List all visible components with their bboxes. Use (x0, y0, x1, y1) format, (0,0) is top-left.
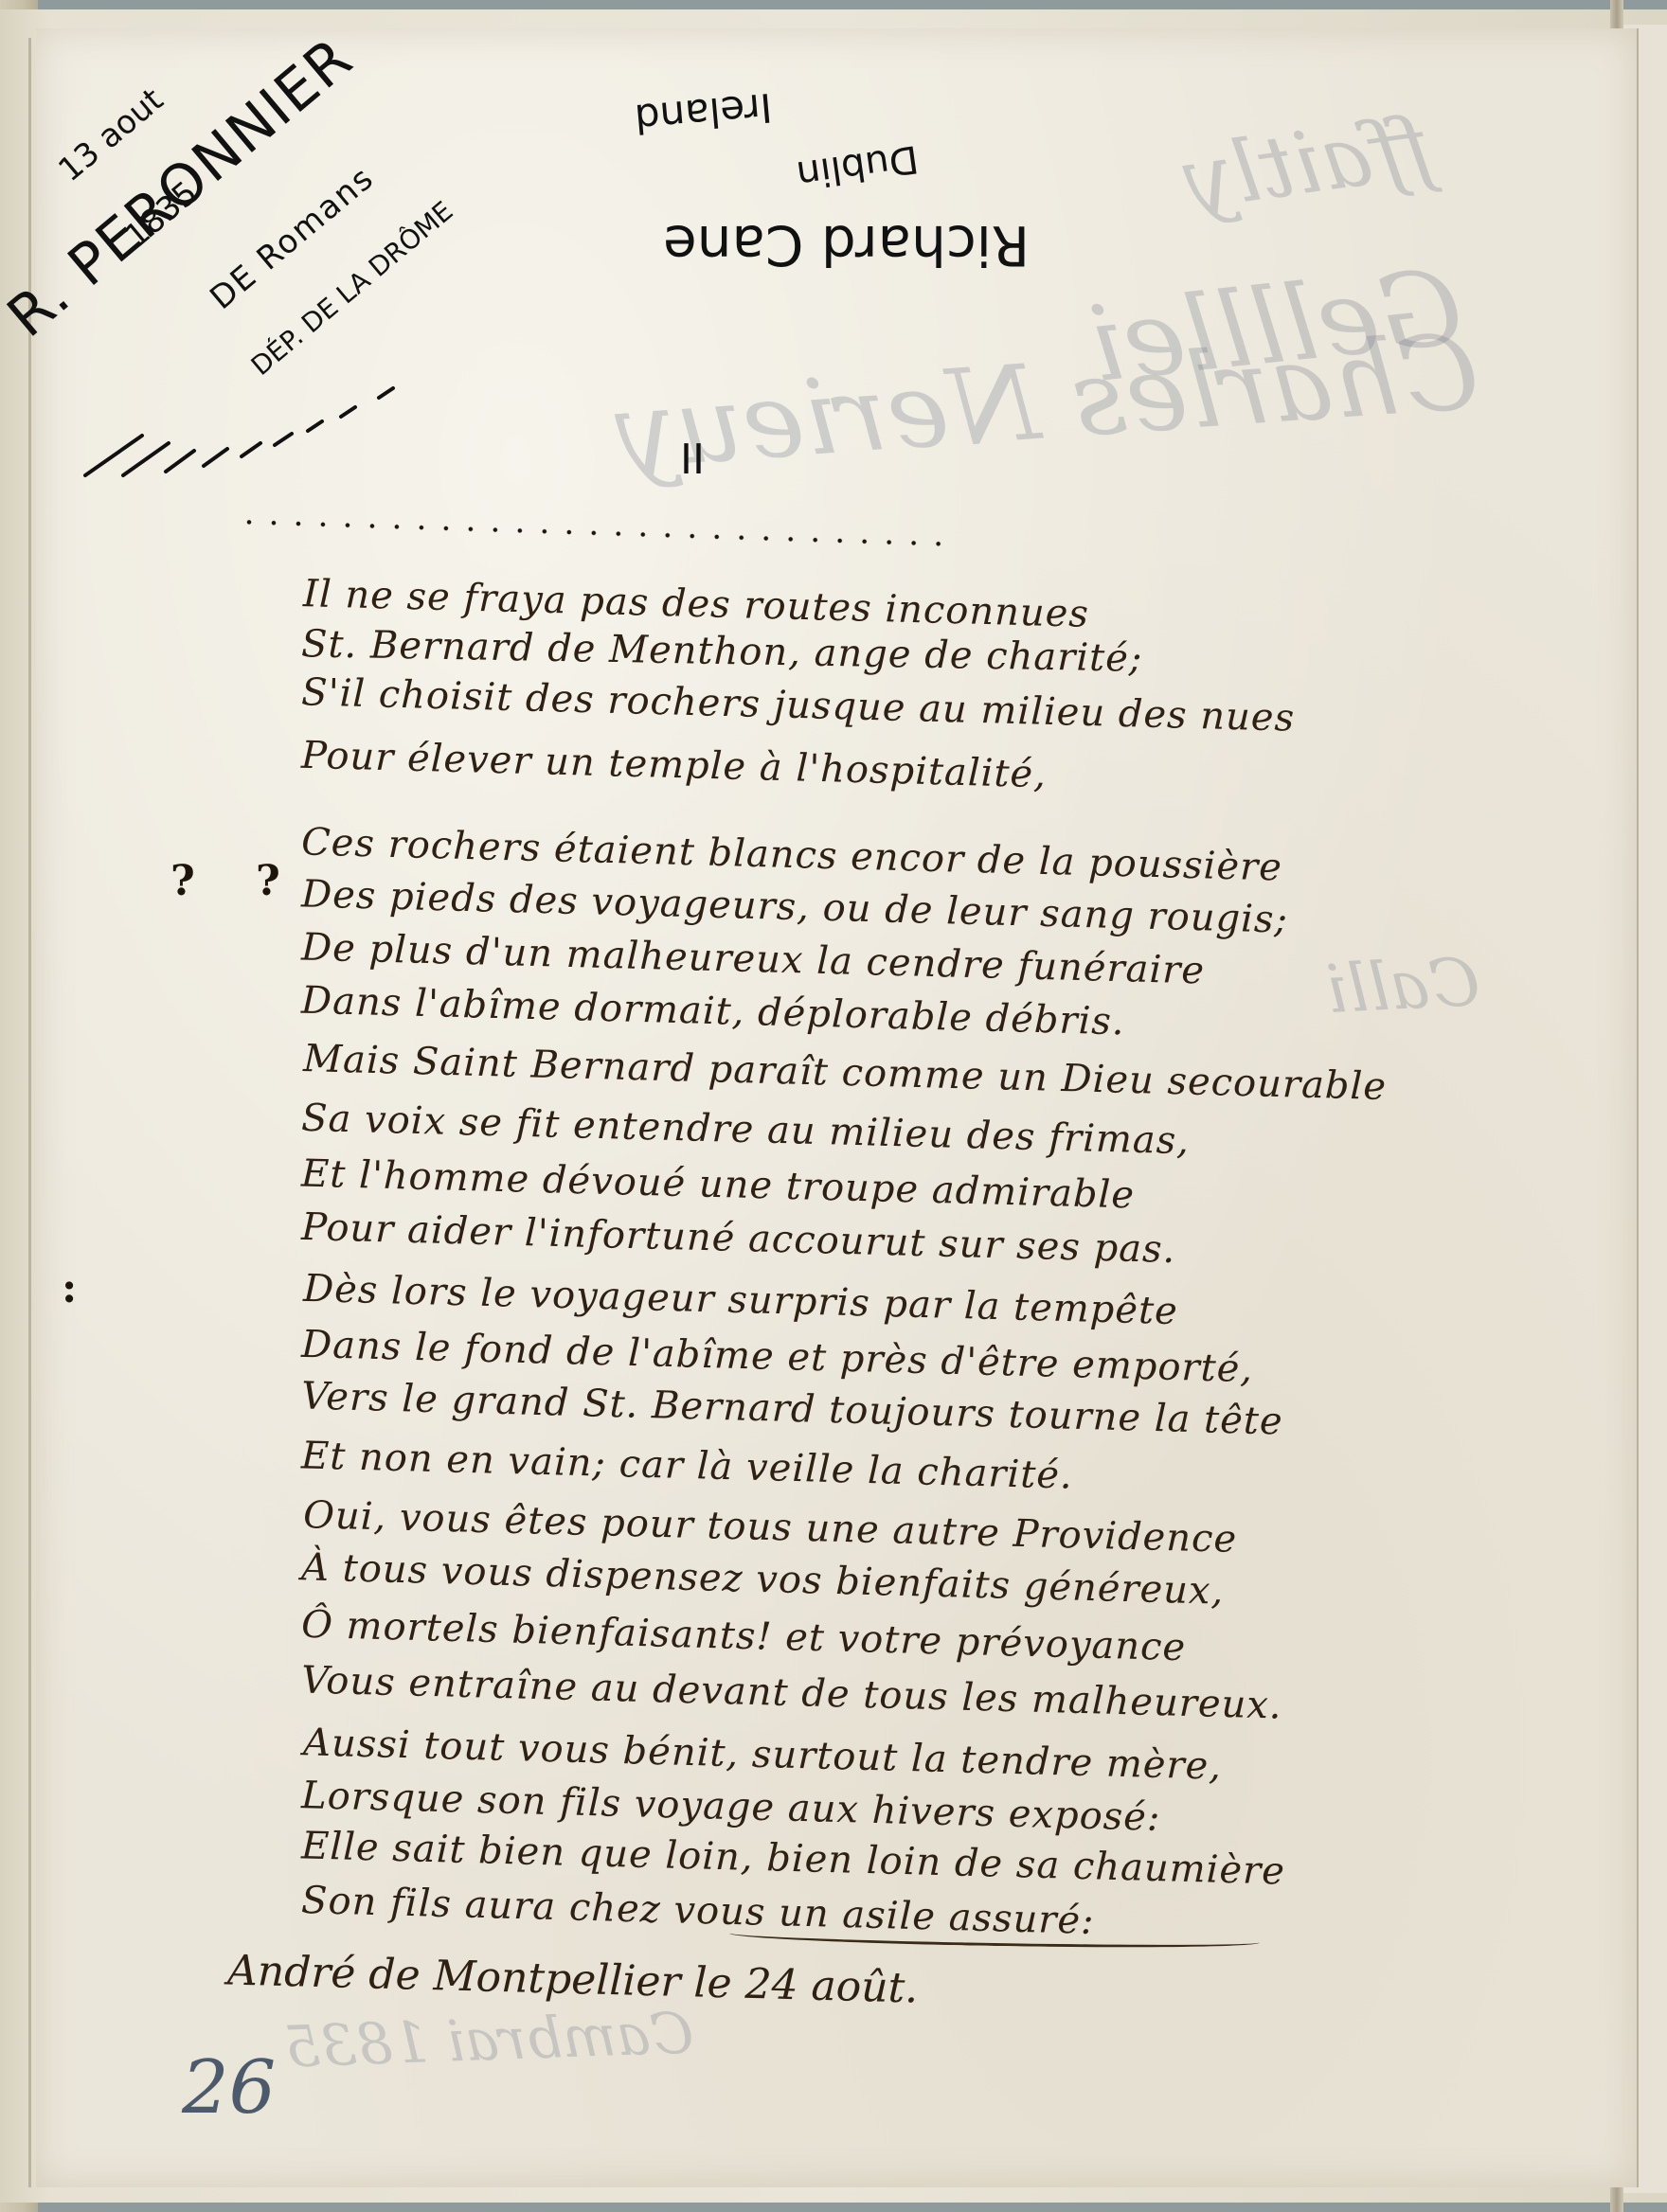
page-fold (28, 38, 31, 2187)
stamp-slash-lines (76, 379, 474, 483)
page-number: 26 (182, 2045, 276, 2131)
inscription-name: Richard Cane (663, 213, 1030, 277)
bleed-through-text: Calli (1324, 943, 1482, 1028)
margin-mark-upper-2: ? (256, 857, 280, 905)
inscription-mark: II (680, 436, 705, 484)
margin-mark-lower: : (62, 1264, 77, 1312)
margin-mark-upper: ? (170, 857, 195, 905)
